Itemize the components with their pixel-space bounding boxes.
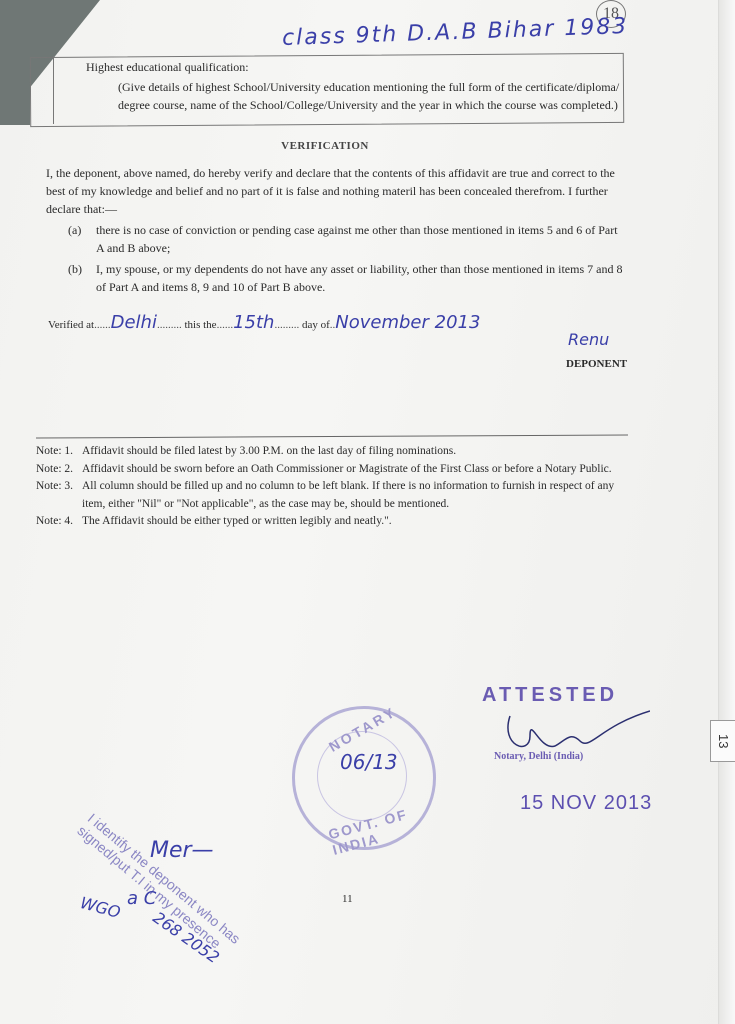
verified-line: Verified at......Delhi......... this the… [48, 312, 480, 333]
qualification-hint: (Give details of highest School/Universi… [118, 78, 623, 114]
identifier-handwriting-1: a C [127, 888, 156, 909]
note-item: Note: 3.All column should be filled up a… [36, 478, 636, 513]
identifier-signature: Mer— [150, 838, 214, 863]
note-text: The Affidavit should be either typed or … [82, 515, 392, 527]
verified-at-value: Delhi [111, 312, 157, 333]
item-text: I, my spouse, or my dependents do not ha… [96, 260, 626, 296]
identifier-handwriting-2: WGO [78, 893, 122, 922]
notary-label: Notary, Delhi (India) [494, 751, 583, 762]
side-page-tab: 13 [710, 720, 735, 762]
page-number: 11 [342, 893, 353, 905]
item-label: (b) [68, 260, 82, 278]
notes-list: Note: 1.Affidavit should be filed latest… [36, 443, 636, 531]
qualification-divider [53, 56, 54, 124]
item-label: (a) [68, 221, 81, 239]
seal-handwritten-date: 06/13 [340, 750, 398, 774]
note-item: Note: 2.Affidavit should be sworn before… [36, 461, 636, 479]
item-text: there is no case of conviction or pendin… [96, 221, 626, 257]
affidavit-page: 13 18 class 9th D.A.B Bihar 1983 Highest… [0, 0, 735, 1024]
day-value: 15th [233, 312, 274, 333]
note-text: Affidavit should be sworn before an Oath… [82, 463, 612, 475]
month-year-value: November 2013 [335, 312, 480, 333]
this-the-label: this the [184, 319, 216, 331]
note-text: All column should be filled up and no co… [82, 480, 614, 510]
deponent-label: DEPONENT [566, 358, 627, 370]
note-label: Note: 1. [36, 443, 73, 461]
verified-at-label: Verified at [48, 319, 94, 331]
qualification-handwritten: class 9th D.A.B Bihar 1983 [282, 14, 629, 51]
stacked-page-edge [718, 0, 735, 1024]
note-label: Note: 3. [36, 478, 73, 496]
identify-stamp: I identify the deponent who has signed/p… [74, 810, 255, 969]
notary-seal-stamp: NOTARY GOVT. OF INDIA [292, 706, 436, 850]
note-item: Note: 1.Affidavit should be filed latest… [36, 443, 636, 461]
day-of-label: day of [302, 319, 330, 331]
date-stamp: 15 NOV 2013 [520, 792, 652, 815]
note-label: Note: 4. [36, 513, 73, 531]
verification-title: VERIFICATION [0, 140, 650, 152]
note-text: Affidavit should be filed latest by 3.00… [82, 445, 456, 457]
note-item: Note: 4.The Affidavit should be either t… [36, 513, 636, 531]
deponent-signature: Renu [568, 330, 609, 349]
note-label: Note: 2. [36, 461, 73, 479]
attested-stamp: ATTESTED [482, 684, 618, 707]
notes-divider [36, 434, 628, 438]
qualification-label: Highest educational qualification: [86, 60, 249, 75]
verification-intro: I, the deponent, above named, do hereby … [46, 164, 626, 218]
notary-signature [500, 706, 650, 756]
